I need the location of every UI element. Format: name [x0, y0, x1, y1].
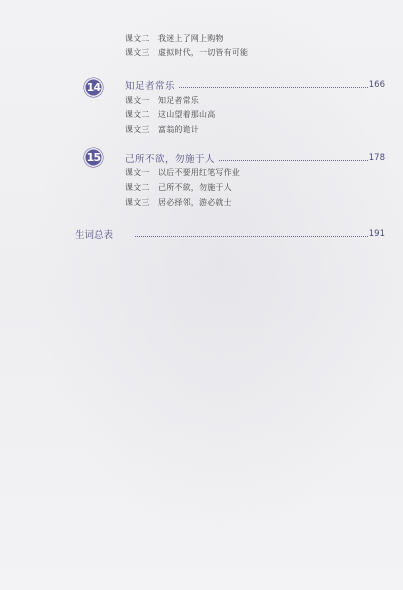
lesson-title: 我迷上了网上购物	[158, 34, 224, 43]
toc-lesson-entry[interactable]: 课文三居必择邻，游必就士	[125, 198, 232, 208]
unit-number-badge: 15	[84, 148, 103, 167]
lesson-title: 己所不欲，勿施于人	[158, 183, 232, 192]
page-number: 191	[369, 229, 385, 239]
lesson-label: 课文一	[125, 168, 158, 178]
toc-lesson-entry[interactable]: 课文二这山望着那山高	[125, 110, 215, 120]
unit-number-badge: 14	[84, 78, 103, 97]
toc-lesson-entry[interactable]: 课文二我迷上了网上购物	[125, 34, 224, 44]
glossary-title: 生词总表	[75, 227, 113, 241]
lesson-title: 富翁的诡计	[158, 125, 199, 134]
page-number: 166	[369, 80, 385, 90]
lesson-label: 课文二	[125, 34, 158, 44]
toc-unit-entry[interactable]: 知足者常乐 166	[125, 78, 385, 92]
page-number: 178	[369, 153, 385, 163]
toc-lesson-entry[interactable]: 课文一以后不要用红笔写作业	[125, 168, 240, 178]
lesson-title: 这山望着那山高	[158, 110, 215, 119]
toc-lesson-entry[interactable]: 课文一知足者常乐	[125, 96, 199, 106]
lesson-title: 居必择邻，游必就士	[158, 198, 232, 207]
dot-leader	[135, 235, 368, 237]
dot-leader	[179, 86, 368, 88]
lesson-title: 以后不要用红笔写作业	[158, 168, 240, 177]
lesson-title: 知足者常乐	[158, 96, 199, 105]
lesson-label: 课文二	[125, 183, 158, 193]
lesson-label: 课文三	[125, 198, 158, 208]
lesson-label: 课文三	[125, 125, 158, 135]
toc-lesson-entry[interactable]: 课文二己所不欲，勿施于人	[125, 183, 232, 193]
toc-page: 课文二我迷上了网上购物 课文三虚拟时代，一切皆有可能 14 知足者常乐 166 …	[0, 0, 403, 590]
lesson-title: 虚拟时代，一切皆有可能	[158, 48, 248, 57]
lesson-label: 课文一	[125, 96, 158, 106]
unit-title: 己所不欲，勿施于人	[125, 151, 215, 165]
dot-leader	[219, 159, 368, 161]
toc-unit-entry[interactable]: 己所不欲，勿施于人 178	[125, 151, 385, 165]
toc-lesson-entry[interactable]: 课文三富翁的诡计	[125, 125, 199, 135]
toc-glossary-entry[interactable]: 生词总表 191	[75, 227, 385, 241]
unit-title: 知足者常乐	[125, 78, 175, 92]
lesson-label: 课文三	[125, 48, 158, 58]
lesson-label: 课文二	[125, 110, 158, 120]
toc-lesson-entry[interactable]: 课文三虚拟时代，一切皆有可能	[125, 48, 248, 58]
